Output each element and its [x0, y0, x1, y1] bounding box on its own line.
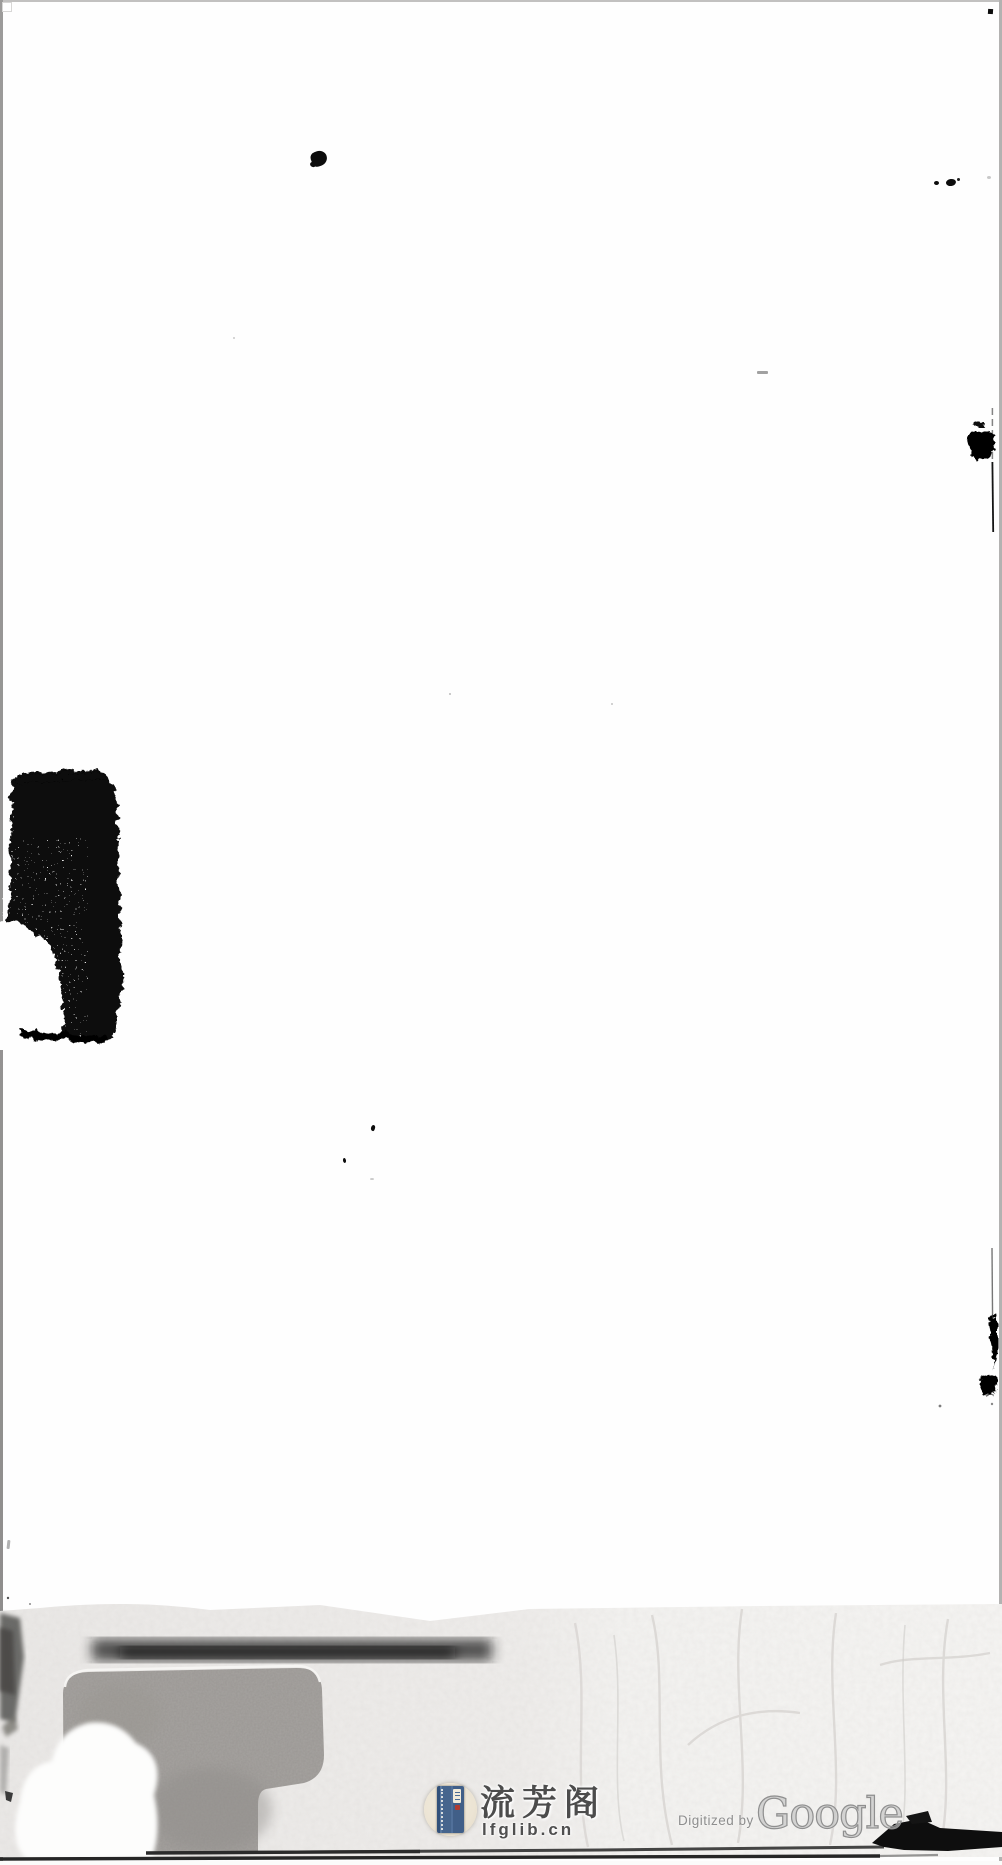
big-ink-blot [0, 760, 140, 1050]
ink-speck-left-edge [7, 1540, 11, 1549]
ink-speck [343, 1158, 347, 1163]
watermark-site-name: 流芳阁 [480, 1786, 606, 1822]
ink-dot [946, 178, 957, 186]
scan-corner-notch [2, 2, 12, 12]
ink-dot-faint [987, 176, 991, 179]
scanned-book-page: 流芳阁 lfglib.cn Digitized by Google [0, 0, 1002, 1865]
ink-dot [934, 181, 939, 185]
ink-speck-faint [370, 1178, 374, 1180]
ink-dot-top-right [988, 9, 993, 14]
dust-speck [611, 703, 613, 705]
book-icon-title-label [453, 1789, 461, 1803]
digitized-by-label: Digitized by [678, 1813, 754, 1828]
ink-dash-faint [757, 371, 768, 374]
google-logo-watermark: Google [756, 1791, 903, 1837]
ink-speck [370, 1125, 376, 1132]
book-icon-stitching [441, 1789, 443, 1830]
dust-speck [233, 337, 235, 339]
right-edge-ink-mark-lower [930, 1240, 1002, 1415]
right-edge-ink-mark-upper [960, 400, 1002, 540]
dust-speck [449, 693, 451, 695]
page-border-top [0, 0, 1002, 2]
book-icon-seal [455, 1805, 460, 1810]
ink-dot [957, 178, 960, 181]
watermark-site-url: lfglib.cn [482, 1820, 574, 1840]
